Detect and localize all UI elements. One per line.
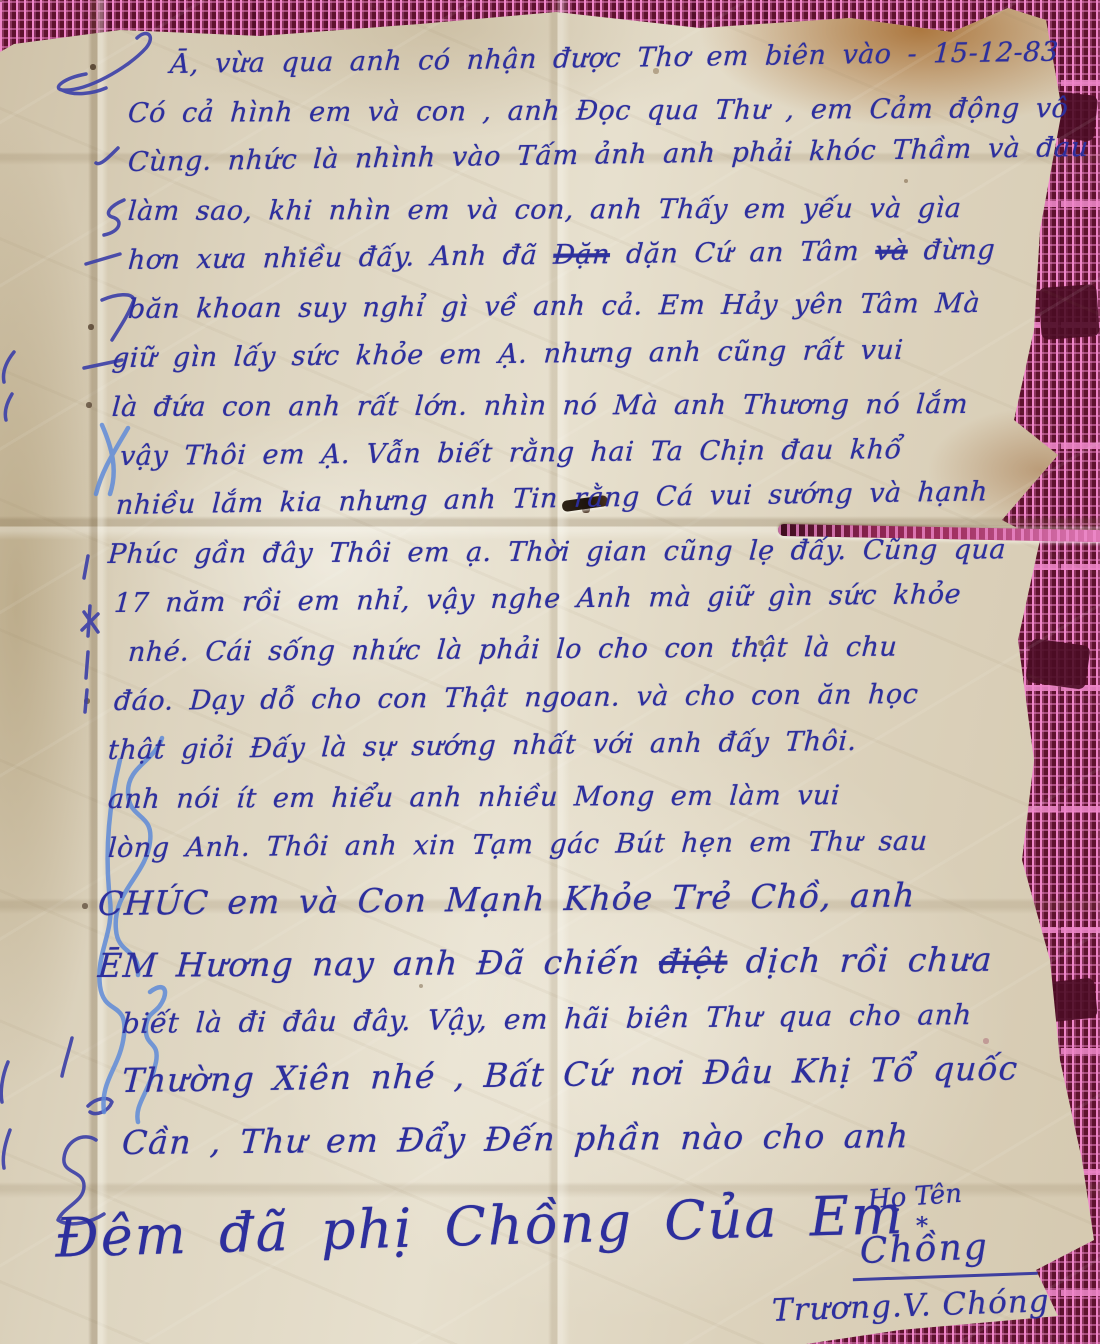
closing-block: Đêm đã phị Chồng Của Em Họ Tên * Chồng T… [0,0,1100,1344]
photo-of-handwritten-letter: Ā, vừa qua anh có nhận được Thơ em biên … [0,0,1100,1344]
signature-name-label: Họ Tên [867,1179,963,1215]
signature-role: Chồng [851,1225,1038,1281]
farewell-line: Đêm đã phị Chồng Của Em [54,1185,815,1269]
signature-name: Trương.V. Chóng [771,1283,1050,1329]
